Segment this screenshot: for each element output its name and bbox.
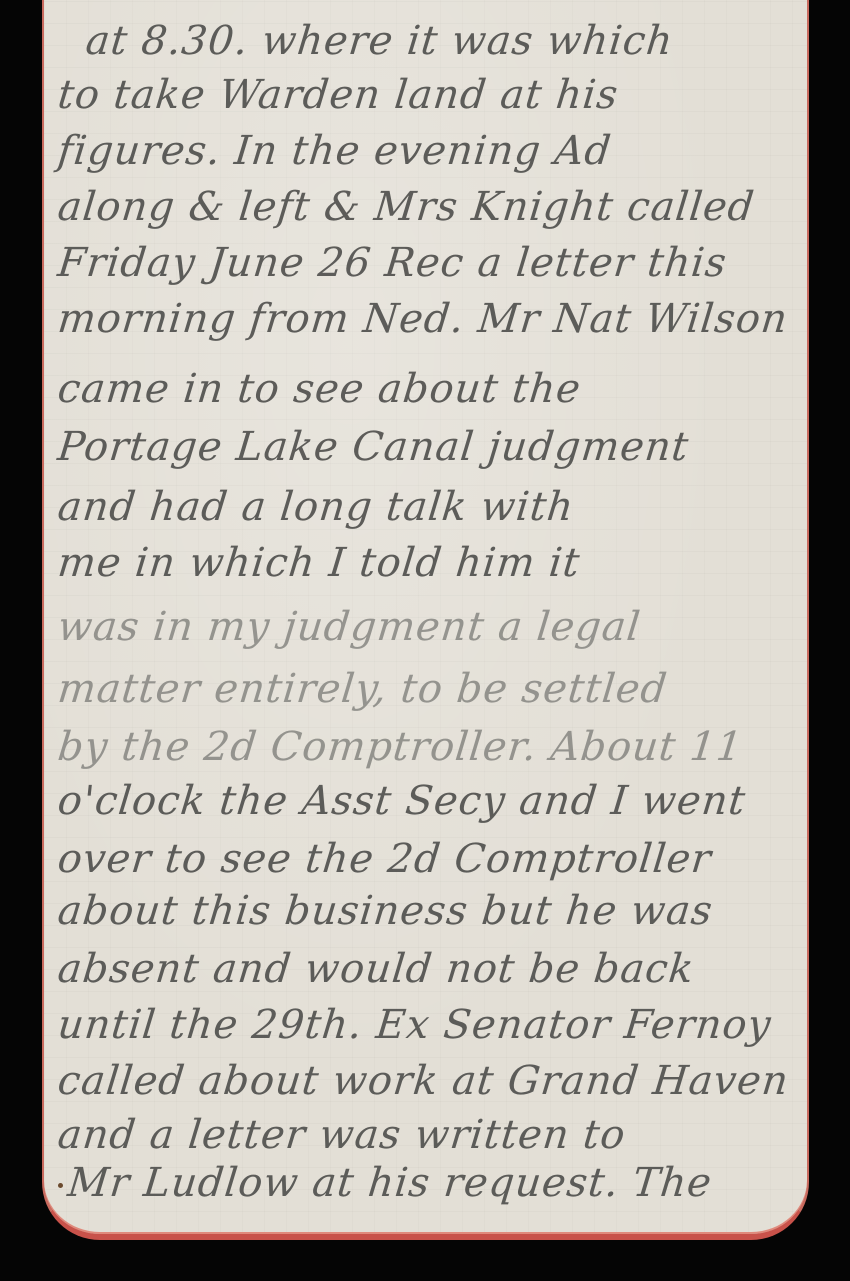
text-line-11: was in my judgment a legal xyxy=(56,604,643,650)
text-line-20: and a letter was written to xyxy=(56,1112,628,1158)
text-line-13: by the 2d Comptroller. About 11 xyxy=(56,724,746,770)
text-line-6: morning from Ned. Mr Nat Wilson xyxy=(56,296,791,342)
text-line-2: to take Warden land at his xyxy=(56,72,621,118)
text-line-4: along & left & Mrs Knight called xyxy=(56,184,757,230)
text-line-10: me in which I told him it xyxy=(56,540,583,586)
text-line-8: Portage Lake Canal judgment xyxy=(56,424,692,470)
text-line-16: about this business but he was xyxy=(56,888,716,934)
ink-spot xyxy=(58,1183,63,1188)
text-line-date-heading: Friday June 26 Rec a letter this xyxy=(56,240,730,286)
text-line-21: Mr Ludlow at his request. The xyxy=(66,1160,715,1206)
text-line-7: came in to see about the xyxy=(56,366,584,412)
text-line-3: figures. In the evening Ad xyxy=(56,128,614,174)
text-line-15: over to see the 2d Comptroller xyxy=(56,836,714,882)
text-line-17: absent and would not be back xyxy=(56,946,697,992)
text-line-18: until the 29th. Ex Senator Fernoy xyxy=(56,1002,774,1048)
text-line-14: o'clock the Asst Secy and I went xyxy=(56,778,748,824)
text-line-1: at 8.30. where it was which xyxy=(84,18,676,64)
text-line-19: called about work at Grand Haven xyxy=(56,1058,792,1104)
text-line-12: matter entirely, to be settled xyxy=(56,666,670,712)
text-line-9: and had a long talk with xyxy=(56,484,577,530)
